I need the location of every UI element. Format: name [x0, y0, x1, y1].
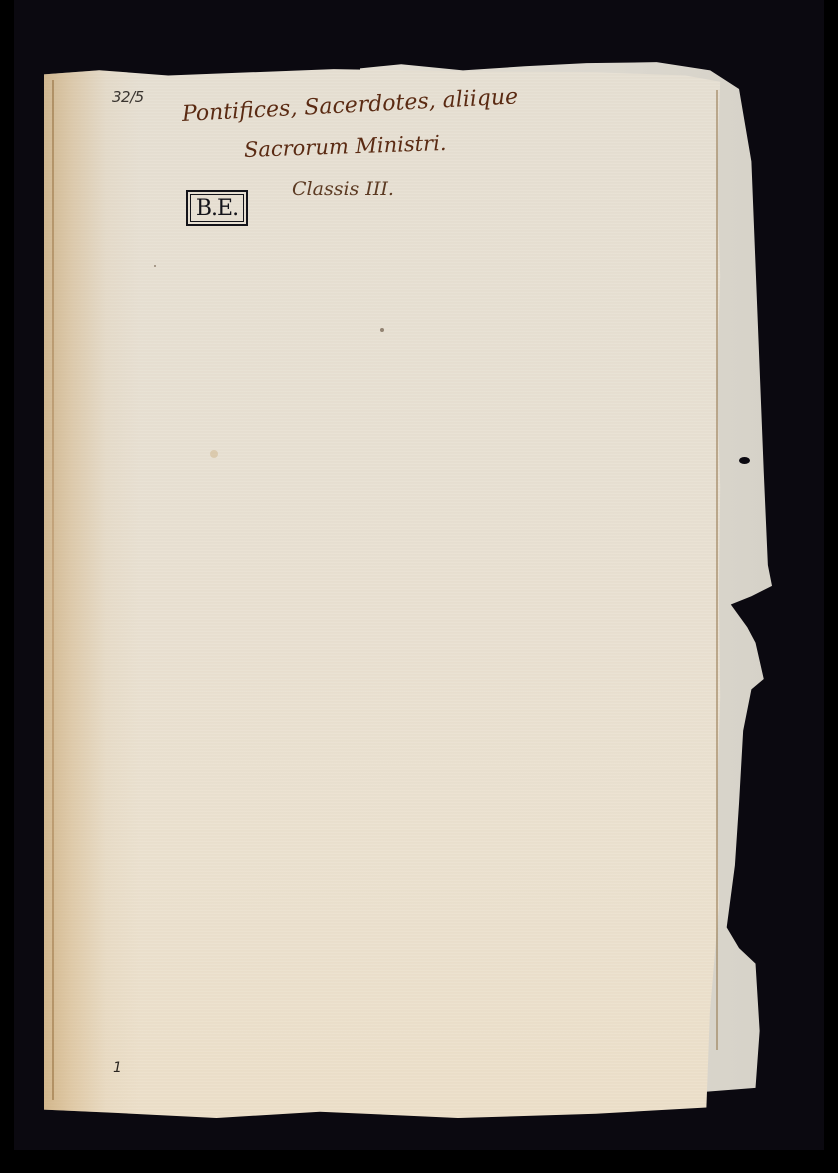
ink-speck — [380, 328, 384, 332]
folio-number: 1 — [113, 1060, 122, 1076]
library-stamp: B.E. — [186, 190, 248, 226]
paper-hole — [739, 457, 750, 464]
classis-label: Classis III. — [292, 178, 394, 200]
spine-fold — [52, 80, 54, 1100]
stamp-text: B.E. — [196, 196, 238, 221]
shelfmark: 32/5 — [112, 88, 144, 106]
front-sheet-edge — [716, 90, 718, 1050]
front-sheet — [44, 66, 734, 1118]
stain-spot — [210, 450, 218, 458]
ink-speck — [154, 265, 156, 267]
